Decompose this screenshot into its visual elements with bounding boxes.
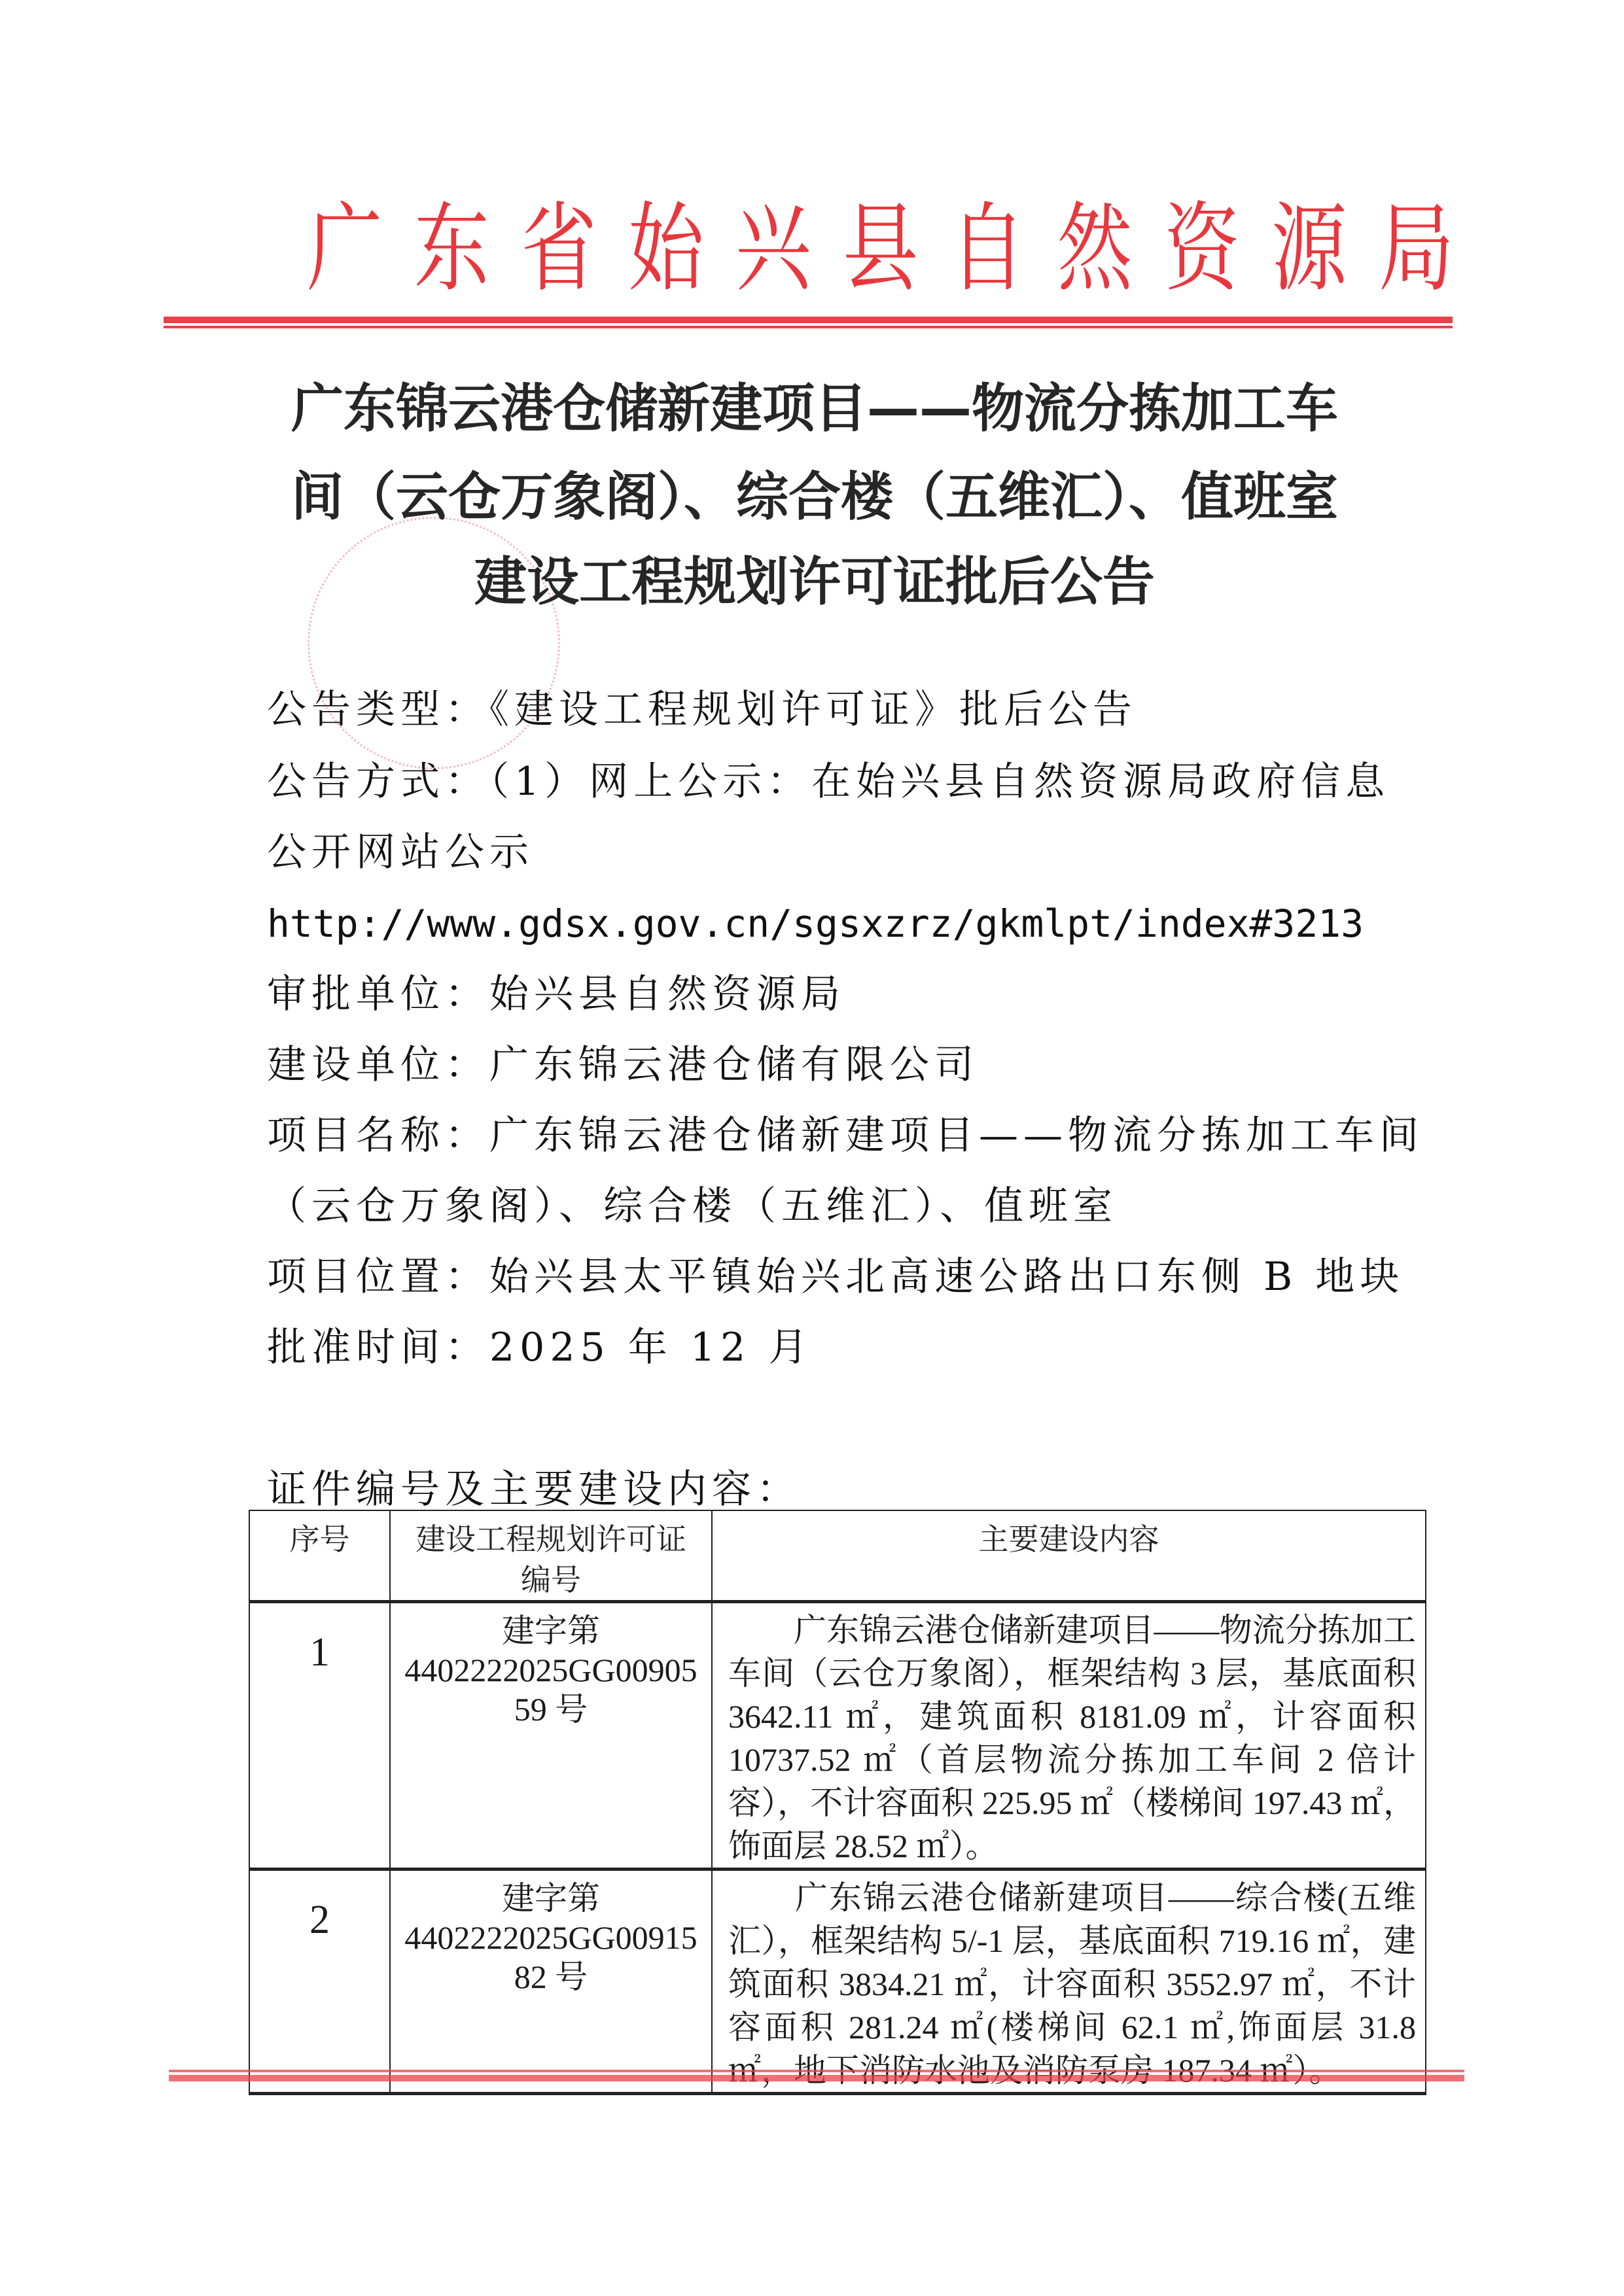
permit-no-prefix: 建字第 (391, 1611, 711, 1650)
construction-unit: 建设单位：广东锦云港仓储有限公司 (267, 1029, 979, 1101)
approval-date: 批准时间：2025 年 12 月 (267, 1312, 813, 1383)
approval-unit: 审批单位：始兴县自然资源局 (267, 958, 845, 1030)
header-permit-no-line2: 编号 (391, 1559, 711, 1600)
notice-title-line-2: 间（云仓万象阁）、综合楼（五维汇）、值班室 (164, 455, 1466, 540)
project-name-cont: （云仓万象阁）、综合楼（五维汇）、值班室 (267, 1170, 1118, 1242)
header-permit-no-line1: 建设工程规划许可证 (391, 1519, 711, 1559)
row-content-text: 广东锦云港仓储新建项目——综合楼(五维汇），框架结构 5/-1 层，基底面积 7… (728, 1879, 1416, 2089)
permit-no-code: 4402222025GG00905 (391, 1650, 711, 1690)
masthead-rule-thick (164, 317, 1453, 323)
project-name: 项目名称：广东锦云港仓储新建项目——物流分拣加工车间 (267, 1100, 1424, 1172)
table-row: 2 建字第 4402222025GG00915 82 号 广东锦云港仓储新建项目… (249, 1870, 1426, 2094)
header-permit-no: 建设工程规划许可证 编号 (390, 1510, 712, 1602)
table-header-row: 序号 建设工程规划许可证 编号 主要建设内容 (249, 1510, 1426, 1602)
permit-no-suffix: 82 号 (391, 1957, 711, 1996)
masthead-rule-thin (164, 326, 1453, 328)
row-content: 广东锦云港仓储新建项目——物流分拣加工车间（云仓万象阁），框架结构 3 层，基底… (712, 1602, 1426, 1870)
project-location: 项目位置：始兴县太平镇始兴北高速公路出口东侧 B 地块 (267, 1241, 1404, 1313)
notice-title-line-1: 广东锦云港仓储新建项目——物流分拣加工车 (164, 366, 1466, 451)
row-seq: 1 (249, 1602, 390, 1870)
header-content: 主要建设内容 (712, 1510, 1426, 1602)
permit-table: 序号 建设工程规划许可证 编号 主要建设内容 1 建字第 4402222025G… (249, 1510, 1426, 2095)
notice-url-link[interactable]: http://www.gdsx.gov.cn/sgsxzrz/gkmlpt/in… (267, 888, 1364, 960)
notice-title-line-3: 建设工程规划许可证批后公告 (164, 540, 1466, 625)
row-content-text: 广东锦云港仓储新建项目——物流分拣加工车间（云仓万象阁），框架结构 3 层，基底… (728, 1612, 1416, 1864)
header-seq: 序号 (249, 1510, 390, 1602)
row-content: 广东锦云港仓储新建项目——综合楼(五维汇），框架结构 5/-1 层，基底面积 7… (712, 1870, 1426, 2094)
agency-masthead: 广东省始兴县自然资源局 (307, 190, 1322, 307)
row-seq: 2 (249, 1870, 390, 2094)
footer-rule-thick (169, 2075, 1464, 2081)
permit-no-prefix: 建字第 (391, 1879, 711, 1918)
row-permit-no: 建字第 4402222025GG00905 59 号 (390, 1602, 712, 1870)
permit-no-code: 4402222025GG00915 (391, 1918, 711, 1957)
footer-rule-thin (169, 2070, 1464, 2072)
row-permit-no: 建字第 4402222025GG00915 82 号 (390, 1870, 712, 2094)
permit-no-suffix: 59 号 (391, 1690, 711, 1729)
table-row: 1 建字第 4402222025GG00905 59 号 广东锦云港仓储新建项目… (249, 1602, 1426, 1870)
notice-method: 公告方式：（1）网上公示：在始兴县自然资源局政府信息 (267, 746, 1390, 818)
notice-method-cont: 公开网站公示 (267, 816, 534, 888)
notice-type: 公告类型：《建设工程规划许可证》批后公告 (267, 674, 1137, 746)
